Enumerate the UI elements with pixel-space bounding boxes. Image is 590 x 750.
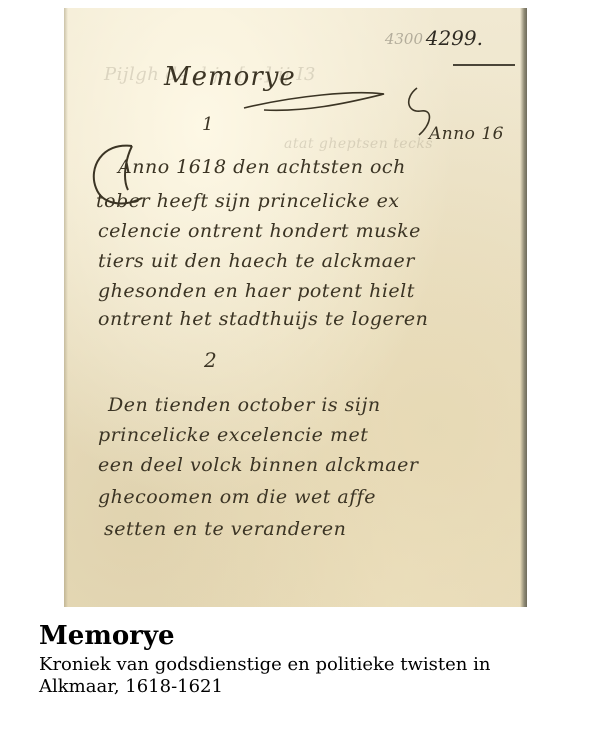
manuscript-line: Anno 1618 den achtsten och — [118, 156, 406, 178]
caption: Memorye Kroniek van godsdienstige en pol… — [39, 620, 559, 698]
margin-note: Anno 16 — [429, 124, 504, 144]
manuscript-line: princelicke excelencie met — [98, 424, 368, 446]
manuscript-scan-image: 4300 4299. Pijlgh de d j.. [ ..] ij I3 a… — [64, 8, 527, 607]
manuscript-line: ghecoomen om die wet affe — [98, 486, 376, 508]
manuscript-heading: Memorye — [164, 62, 296, 92]
folio-underline — [453, 64, 515, 66]
document-title: Memorye — [39, 620, 559, 652]
manuscript-line: ontrent het stadthuijs te logeren — [98, 308, 428, 330]
manuscript-line: setten en te veranderen — [104, 518, 346, 540]
section-2-number: 2 — [204, 348, 217, 372]
manuscript-line: tiers uit den haech te alckmaer — [98, 250, 415, 272]
document-subtitle: Kroniek van godsdienstige en politieke t… — [39, 654, 539, 698]
manuscript-line: celencie ontrent hondert muske — [98, 220, 421, 242]
old-folio-number: 4300 — [385, 30, 423, 48]
manuscript-line: tober heeft sijn princelicke ex — [96, 190, 400, 212]
bleed-through-text: atat gheptsen tecks — [284, 136, 433, 152]
folio-number: 4299. — [426, 26, 483, 50]
section-1-number: 1 — [202, 114, 214, 135]
manuscript-line: een deel volck binnen alckmaer — [98, 454, 418, 476]
manuscript-line: Den tienden october is sijn — [108, 394, 381, 416]
manuscript-line: ghesonden en haer potent hielt — [98, 280, 415, 302]
